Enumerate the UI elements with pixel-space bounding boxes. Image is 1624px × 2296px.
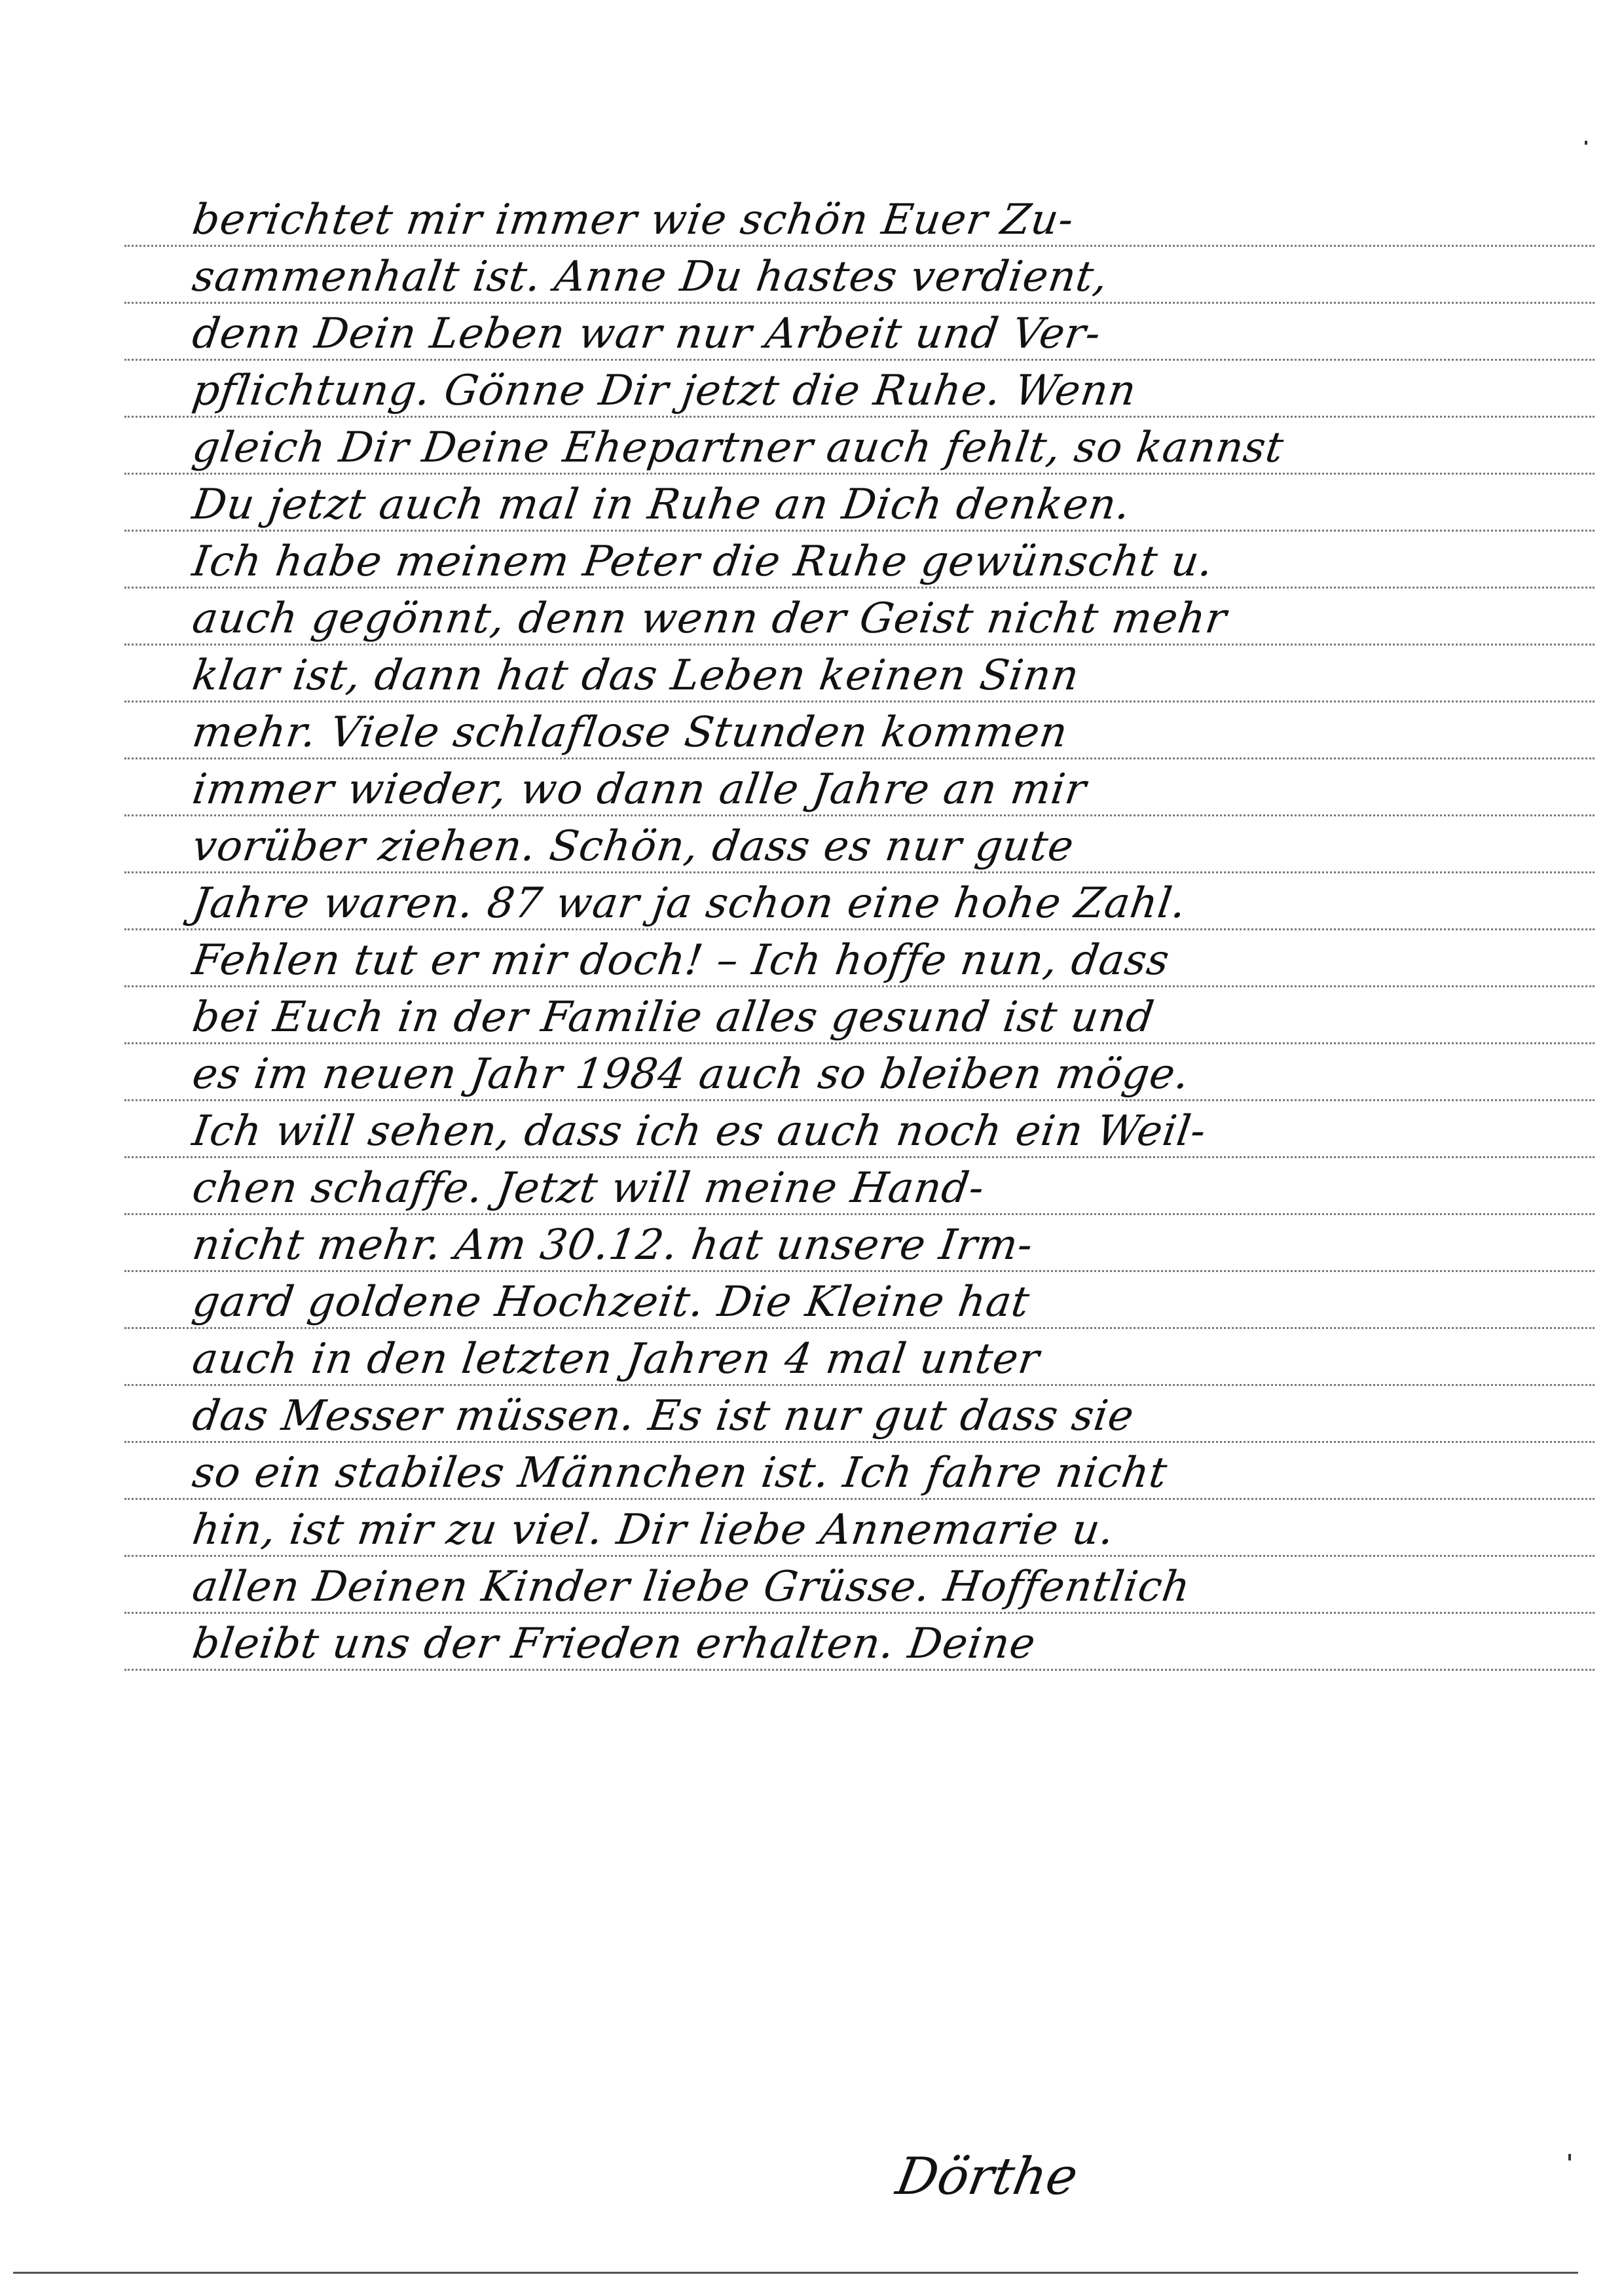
letter-line: berichtet mir immer wie schön Euer Zu- [124, 190, 1595, 247]
line-text: sammenhalt ist. Anne Du hastes verdient, [190, 256, 1111, 298]
letter-line: denn Dein Leben war nur Arbeit und Ver- [124, 304, 1595, 361]
line-text: denn Dein Leben war nur Arbeit und Ver- [190, 313, 1103, 355]
signature: Dörthe [892, 2147, 1082, 2206]
letter-line: so ein stabiles Männchen ist. Ich fahre … [124, 1443, 1595, 1500]
letter-line: Fehlen tut er mir doch! – Ich hoffe nun,… [124, 930, 1595, 987]
letter-line: Jahre waren. 87 war ja schon eine hohe Z… [124, 873, 1595, 930]
line-text: vorüber ziehen. Schön, dass es nur gute [190, 826, 1077, 867]
letter-page: berichtet mir immer wie schön Euer Zu- s… [0, 0, 1624, 2296]
line-text: nicht mehr. Am 30.12. hat unsere Irm- [190, 1224, 1036, 1266]
line-text: chen schaffe. Jetzt will meine Hand- [190, 1167, 987, 1209]
ruled-lines: berichtet mir immer wie schön Euer Zu- s… [124, 190, 1595, 1671]
letter-line: das Messer müssen. Es ist nur gut dass s… [124, 1386, 1595, 1443]
letter-line: Ich habe meinem Peter die Ruhe gewünscht… [124, 532, 1595, 589]
line-text: das Messer müssen. Es ist nur gut dass s… [190, 1395, 1137, 1437]
letter-line: sammenhalt ist. Anne Du hastes verdient, [124, 247, 1595, 304]
line-text: Ich will sehen, dass ich es auch noch ei… [190, 1110, 1209, 1152]
line-text: so ein stabiles Männchen ist. Ich fahre … [190, 1452, 1170, 1494]
letter-line: hin, ist mir zu viel. Dir liebe Annemari… [124, 1500, 1595, 1557]
line-text: bei Euch in der Familie alles gesund ist… [190, 996, 1157, 1038]
line-text: auch gegönnt, denn wenn der Geist nicht … [190, 598, 1229, 640]
letter-line: klar ist, dann hat das Leben keinen Sinn [124, 646, 1595, 702]
line-text: klar ist, dann hat das Leben keinen Sinn [190, 655, 1082, 697]
line-text: gard goldene Hochzeit. Die Kleine hat [190, 1281, 1032, 1323]
line-text: Jahre waren. 87 war ja schon eine hohe Z… [190, 883, 1189, 924]
line-text: mehr. Viele schlaflose Stunden kommen [190, 712, 1071, 754]
letter-line: Du jetzt auch mal in Ruhe an Dich denken… [124, 475, 1595, 532]
scan-speck [1568, 2154, 1571, 2160]
letter-line: allen Deinen Kinder liebe Grüsse. Hoffen… [124, 1557, 1595, 1614]
letter-line: auch in den letzten Jahren 4 mal unter [124, 1329, 1595, 1386]
letter-line: es im neuen Jahr 1984 auch so bleiben mö… [124, 1044, 1595, 1101]
letter-line: mehr. Viele schlaflose Stunden kommen [124, 702, 1595, 759]
letter-line: auch gegönnt, denn wenn der Geist nicht … [124, 589, 1595, 646]
line-text: es im neuen Jahr 1984 auch so bleiben mö… [190, 1053, 1192, 1095]
letter-line: nicht mehr. Am 30.12. hat unsere Irm- [124, 1215, 1595, 1272]
letter-line: gard goldene Hochzeit. Die Kleine hat [124, 1272, 1595, 1329]
line-text: bleibt uns der Frieden erhalten. Deine [190, 1623, 1039, 1665]
line-text: hin, ist mir zu viel. Dir liebe Annemari… [190, 1509, 1117, 1551]
line-text: allen Deinen Kinder liebe Grüsse. Hoffen… [190, 1566, 1193, 1608]
scan-speck [1585, 141, 1587, 145]
line-text: pflichtung. Gönne Dir jetzt die Ruhe. We… [190, 370, 1139, 412]
letter-line: Ich will sehen, dass ich es auch noch ei… [124, 1101, 1595, 1158]
letter-line: pflichtung. Gönne Dir jetzt die Ruhe. We… [124, 361, 1595, 418]
letter-line: bei Euch in der Familie alles gesund ist… [124, 987, 1595, 1044]
letter-line: chen schaffe. Jetzt will meine Hand- [124, 1158, 1595, 1215]
bottom-rule [13, 2272, 1578, 2274]
line-text: Du jetzt auch mal in Ruhe an Dich denken… [190, 484, 1134, 526]
letter-line: gleich Dir Deine Ehepartner auch fehlt, … [124, 418, 1595, 475]
line-text: Ich habe meinem Peter die Ruhe gewünscht… [190, 541, 1216, 583]
letter-line: vorüber ziehen. Schön, dass es nur gute [124, 816, 1595, 873]
line-text: immer wieder, wo dann alle Jahre an mir [190, 769, 1089, 811]
line-text: Fehlen tut er mir doch! – Ich hoffe nun,… [190, 939, 1172, 981]
line-text: berichtet mir immer wie schön Euer Zu- [190, 199, 1077, 241]
letter-line: bleibt uns der Frieden erhalten. Deine [124, 1614, 1595, 1671]
letter-line: immer wieder, wo dann alle Jahre an mir [124, 759, 1595, 816]
line-text: auch in den letzten Jahren 4 mal unter [190, 1338, 1043, 1380]
line-text: gleich Dir Deine Ehepartner auch fehlt, … [190, 427, 1286, 469]
